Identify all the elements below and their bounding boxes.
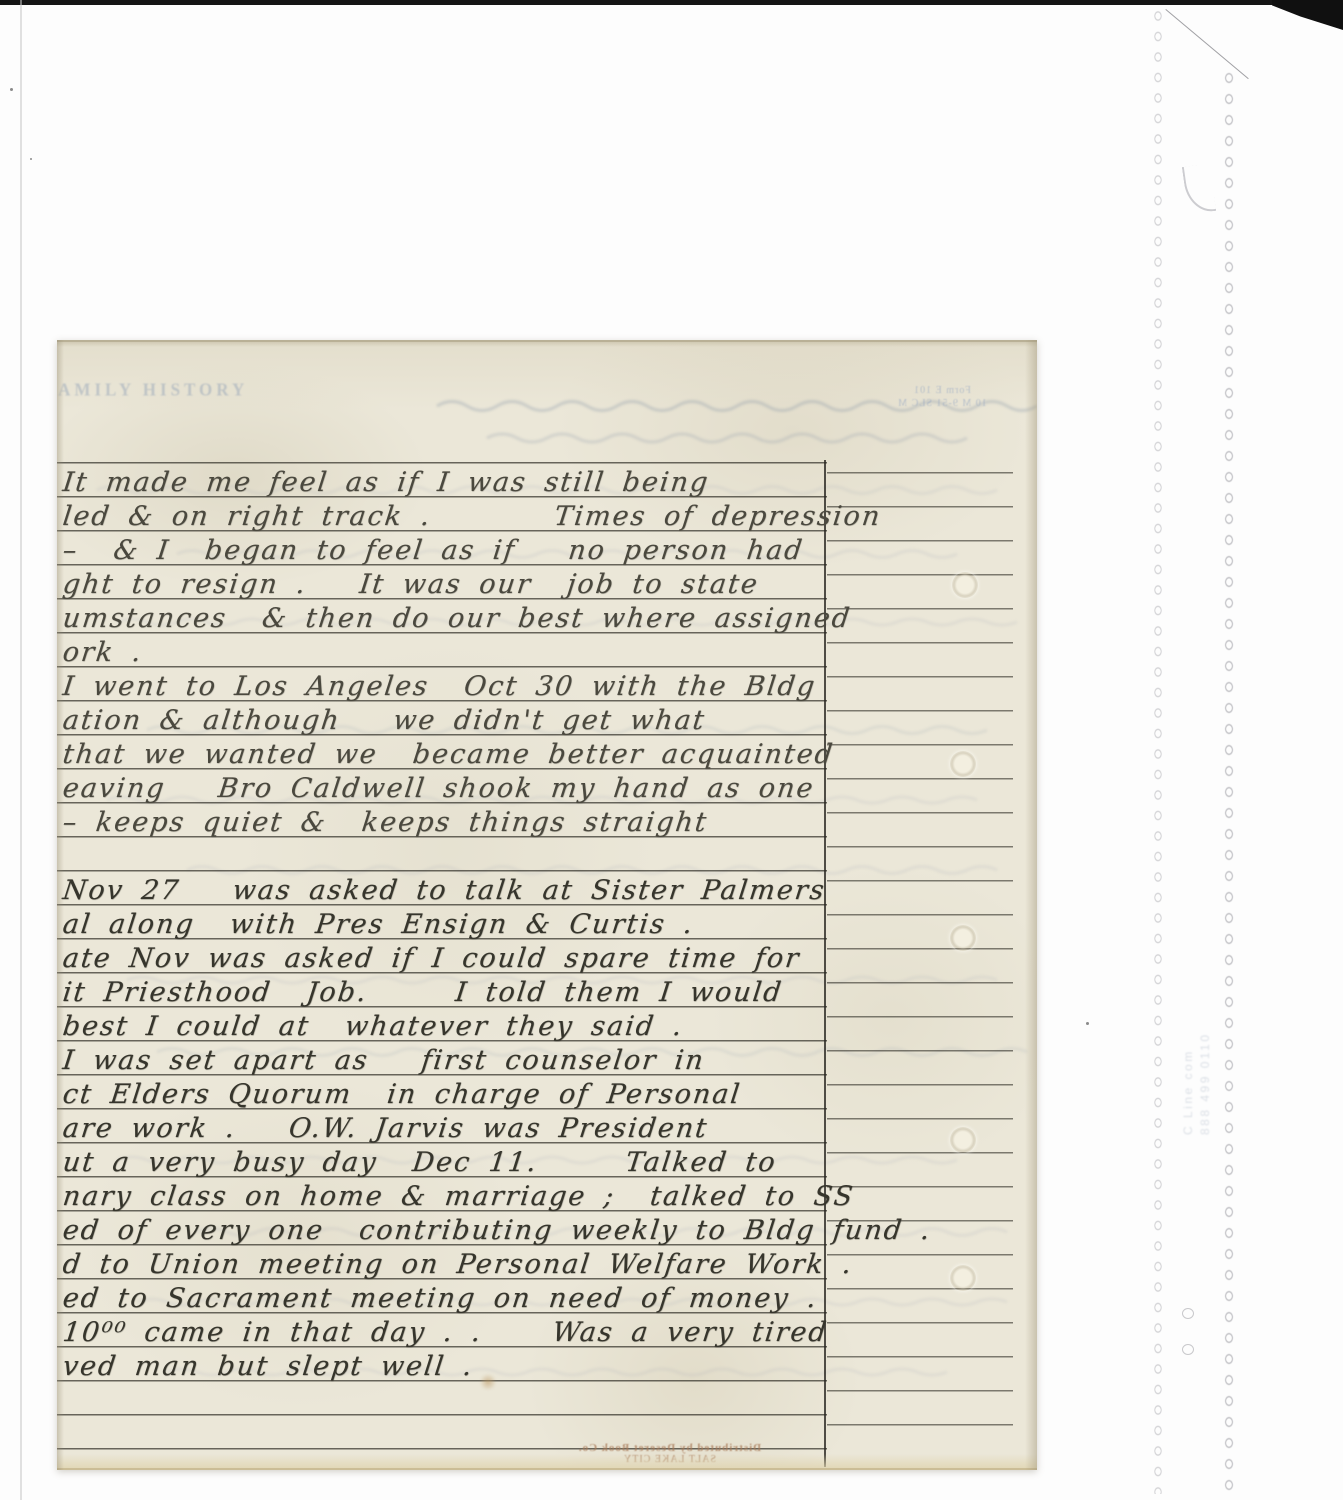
handwriting-line: are work . O.W. Jarvis was President <box>61 1114 710 1144</box>
handwriting-line: ation & although we didn't get what <box>61 706 707 736</box>
handwriting-line: ct Elders Quorum in charge of Personal <box>61 1080 743 1110</box>
handwriting-line: ed of every one contributing weekly to B… <box>61 1216 933 1246</box>
handwriting-line: I was set apart as first counselor in <box>61 1046 707 1076</box>
handwriting-line: ate Nov was asked if I could spare time … <box>61 944 802 974</box>
scan-edge-bar <box>0 0 1343 5</box>
handwriting-line: led & on right track . Times of depressi… <box>61 502 883 532</box>
left-crease-line <box>20 0 22 1500</box>
publisher-print-line: Distributed by Deseret Book Co. <box>577 1442 762 1454</box>
handwriting-line: ut a very busy day Dec 11. Talked to <box>61 1148 778 1178</box>
dust-speck <box>1086 1022 1089 1025</box>
scan-corner-shadow <box>1272 0 1343 30</box>
binder-hole <box>1182 1308 1194 1319</box>
handwriting-line: ght to resign . It was our job to state <box>61 570 761 600</box>
paper-bottom-edge <box>57 1454 1037 1470</box>
handwriting-line: ved man but slept well . <box>61 1352 475 1382</box>
handwriting-line: nary class on home & marriage ; talked t… <box>61 1182 856 1212</box>
dust-speck <box>10 88 13 91</box>
handwriting-line: d to Union meeting on Personal Welfare W… <box>61 1250 855 1280</box>
handwriting-line: umstances & then do our best where assig… <box>61 604 853 634</box>
handwriting-line: Nov 27 was asked to talk at Sister Palme… <box>61 876 827 906</box>
watermark-line: 888 499 0110 <box>1197 923 1214 1135</box>
paper-right-edge <box>1025 340 1037 1470</box>
perforation-strip-outer <box>1222 68 1236 1498</box>
journal-paper: FAMILY HISTORY Form E 101 10 M 9-51 SLC … <box>57 340 1037 1470</box>
handwriting-line: it Priesthood Job. I told them I would <box>61 978 785 1008</box>
perforation-strip-inner <box>1152 6 1164 1494</box>
hook-scratch-mark <box>1182 163 1216 214</box>
sleeve-watermark-text: C Line com 888 499 0110 <box>1180 923 1216 1135</box>
handwriting-line: I went to Los Angeles Oct 30 with the Bl… <box>61 672 818 702</box>
paper-top-edge <box>57 340 1037 347</box>
watermark-line: C Line com <box>1180 923 1197 1135</box>
handwriting-line: that we wanted we became better acquaint… <box>61 740 836 770</box>
scanned-journal-page: C Line com 888 499 0110 FAMILY HISTORY F… <box>0 0 1343 1500</box>
handwriting-layer: It made me feel as if I was still beingl… <box>57 340 1037 1470</box>
handwriting-line: ed to Sacrament meeting on need of money… <box>61 1284 820 1314</box>
handwriting-line: al along with Pres Ensign & Curtis . <box>61 910 696 940</box>
handwriting-line: eaving Bro Caldwell shook my hand as one <box>61 774 816 804</box>
diagonal-hair-mark <box>1165 9 1248 79</box>
paper-left-edge <box>57 340 64 1470</box>
handwriting-line: – & I began to feel as if no person had <box>61 536 805 566</box>
dust-speck <box>30 158 32 160</box>
handwriting-line: It made me feel as if I was still being <box>61 468 711 498</box>
binder-hole <box>1182 1344 1194 1355</box>
handwriting-line: 10⁰⁰ came in that day . . Was a very tir… <box>61 1318 830 1348</box>
handwriting-line: best I could at whatever they said . <box>61 1012 685 1042</box>
handwriting-line: ork . <box>61 638 144 668</box>
handwriting-line: – keeps quiet & keeps things straight <box>61 808 710 838</box>
